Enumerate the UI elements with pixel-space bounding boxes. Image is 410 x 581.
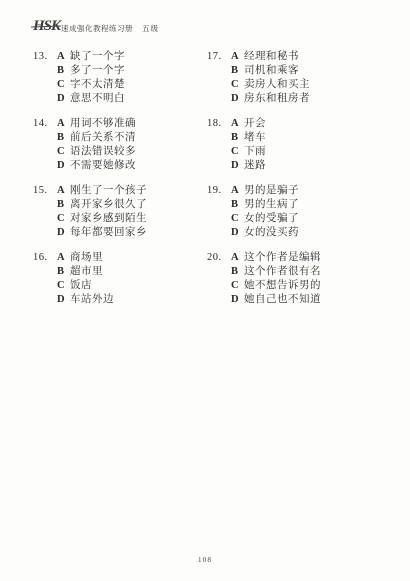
option-row: C字不太清楚 xyxy=(33,78,207,92)
page-header: HSK 速成强化教程练习册 五级 xyxy=(33,19,159,34)
question-number xyxy=(207,145,231,159)
option-label: A xyxy=(57,251,70,265)
option-label: D xyxy=(57,159,70,173)
option-text: 每年都要回家乡 xyxy=(70,226,147,240)
option-text: 对家乡感到陌生 xyxy=(70,212,147,226)
option-text: 语法错误较多 xyxy=(70,145,136,159)
option-text: 这个作者很有名 xyxy=(244,265,321,279)
option-text: 迷路 xyxy=(244,159,266,173)
option-row: B男的生病了 xyxy=(207,198,390,212)
option-label: D xyxy=(57,92,70,106)
workbook-page: HSK 速成强化教程练习册 五级 13.A缺了一个字B多了一个字C字不太清楚D意… xyxy=(0,0,410,581)
option-text: 房东和租房者 xyxy=(244,92,310,106)
option-row: B离开家乡很久了 xyxy=(33,198,207,212)
question-number xyxy=(207,159,231,173)
option-text: 车站外边 xyxy=(70,293,114,307)
question-number xyxy=(207,64,231,78)
option-row: D车站外边 xyxy=(33,293,207,307)
option-label: B xyxy=(57,131,70,145)
question-number: 17. xyxy=(207,50,231,64)
option-row: 14.A用词不够准确 xyxy=(33,117,207,131)
question-number xyxy=(33,145,57,159)
option-label: D xyxy=(57,293,70,307)
option-label: D xyxy=(231,159,244,173)
option-label: B xyxy=(57,64,70,78)
option-text: 女的受骗了 xyxy=(244,212,299,226)
option-label: B xyxy=(231,64,244,78)
option-text: 卖房人和买主 xyxy=(244,78,310,92)
question-number xyxy=(207,293,231,307)
option-label: C xyxy=(231,212,244,226)
option-text: 刚生了一个孩子 xyxy=(70,184,147,198)
question-number xyxy=(33,226,57,240)
question-number xyxy=(207,131,231,145)
question-number xyxy=(33,279,57,293)
option-row: C对家乡感到陌生 xyxy=(33,212,207,226)
option-label: B xyxy=(231,265,244,279)
option-row: 17.A经理和秘书 xyxy=(207,50,390,64)
question-number xyxy=(33,293,57,307)
question-number xyxy=(33,78,57,92)
option-text: 女的没买药 xyxy=(244,226,299,240)
option-text: 前后关系不清 xyxy=(70,131,136,145)
option-text: 堵车 xyxy=(244,131,266,145)
option-text: 不需要她修改 xyxy=(70,159,136,173)
option-row: D女的没买药 xyxy=(207,226,390,240)
option-row: C女的受骗了 xyxy=(207,212,390,226)
option-row: B多了一个字 xyxy=(33,64,207,78)
option-label: B xyxy=(231,198,244,212)
question-number xyxy=(207,92,231,106)
question-number xyxy=(33,265,57,279)
option-label: A xyxy=(231,184,244,198)
question-block: 17.A经理和秘书B司机和乘客C卖房人和买主D房东和租房者 xyxy=(207,50,390,106)
option-text: 意思不明白 xyxy=(70,92,125,106)
hsk-logo: HSK xyxy=(33,19,61,34)
option-row: D不需要她修改 xyxy=(33,159,207,173)
question-number xyxy=(207,212,231,226)
question-number: 18. xyxy=(207,117,231,131)
question-number: 19. xyxy=(207,184,231,198)
option-text: 多了一个字 xyxy=(70,64,125,78)
question-number xyxy=(207,265,231,279)
option-label: D xyxy=(231,92,244,106)
question-number xyxy=(207,279,231,293)
option-row: B前后关系不清 xyxy=(33,131,207,145)
option-text: 这个作者是编辑 xyxy=(244,251,321,265)
question-number xyxy=(33,159,57,173)
questions-area: 13.A缺了一个字B多了一个字C字不太清楚D意思不明白14.A用词不够准确B前后… xyxy=(33,50,400,318)
option-label: D xyxy=(231,226,244,240)
question-number xyxy=(33,212,57,226)
question-block: 16.A商场里B超市里C饭店D车站外边 xyxy=(33,251,207,307)
option-row: B这个作者很有名 xyxy=(207,265,390,279)
question-number xyxy=(207,78,231,92)
option-text: 她不想告诉男的 xyxy=(244,279,321,293)
question-block: 18.A开会B堵车C下雨D迷路 xyxy=(207,117,390,173)
questions-column-left: 13.A缺了一个字B多了一个字C字不太清楚D意思不明白14.A用词不够准确B前后… xyxy=(33,50,207,318)
option-row: C她不想告诉男的 xyxy=(207,279,390,293)
option-text: 饭店 xyxy=(70,279,92,293)
page-footer: 108 xyxy=(0,555,410,564)
question-block: 19.A男的是骗子B男的生病了C女的受骗了D女的没买药 xyxy=(207,184,390,240)
questions-column-right: 17.A经理和秘书B司机和乘客C卖房人和买主D房东和租房者18.A开会B堵车C下… xyxy=(207,50,390,318)
option-row: D她自己也不知道 xyxy=(207,293,390,307)
option-text: 开会 xyxy=(244,117,266,131)
option-row: D每年都要回家乡 xyxy=(33,226,207,240)
option-row: D房东和租房者 xyxy=(207,92,390,106)
option-label: A xyxy=(57,117,70,131)
option-label: C xyxy=(231,78,244,92)
question-block: 14.A用词不够准确B前后关系不清C语法错误较多D不需要她修改 xyxy=(33,117,207,173)
option-text: 超市里 xyxy=(70,265,103,279)
option-label: A xyxy=(57,184,70,198)
option-label: C xyxy=(57,279,70,293)
option-row: 19.A男的是骗子 xyxy=(207,184,390,198)
option-row: B堵车 xyxy=(207,131,390,145)
option-label: A xyxy=(231,50,244,64)
question-block: 15.A刚生了一个孩子B离开家乡很久了C对家乡感到陌生D每年都要回家乡 xyxy=(33,184,207,240)
option-text: 司机和乘客 xyxy=(244,64,299,78)
question-number xyxy=(207,198,231,212)
option-label: D xyxy=(57,226,70,240)
series-title: 速成强化教程练习册 xyxy=(61,24,133,34)
option-label: B xyxy=(231,131,244,145)
option-label: A xyxy=(231,117,244,131)
option-text: 经理和秘书 xyxy=(244,50,299,64)
option-text: 下雨 xyxy=(244,145,266,159)
option-label: A xyxy=(57,50,70,64)
option-text: 缺了一个字 xyxy=(70,50,125,64)
option-label: B xyxy=(57,198,70,212)
option-row: 15.A刚生了一个孩子 xyxy=(33,184,207,198)
option-row: 18.A开会 xyxy=(207,117,390,131)
option-label: C xyxy=(57,78,70,92)
option-row: C饭店 xyxy=(33,279,207,293)
option-row: D意思不明白 xyxy=(33,92,207,106)
question-number xyxy=(33,131,57,145)
question-number: 14. xyxy=(33,117,57,131)
question-block: 20.A这个作者是编辑B这个作者很有名C她不想告诉男的D她自己也不知道 xyxy=(207,251,390,307)
question-number xyxy=(33,92,57,106)
option-label: C xyxy=(57,145,70,159)
option-text: 商场里 xyxy=(70,251,103,265)
option-row: B超市里 xyxy=(33,265,207,279)
option-row: D迷路 xyxy=(207,159,390,173)
option-row: C卖房人和买主 xyxy=(207,78,390,92)
option-row: 13.A缺了一个字 xyxy=(33,50,207,64)
question-block: 13.A缺了一个字B多了一个字C字不太清楚D意思不明白 xyxy=(33,50,207,106)
level-label: 五级 xyxy=(142,24,159,34)
option-label: C xyxy=(231,145,244,159)
question-number xyxy=(207,226,231,240)
question-number: 13. xyxy=(33,50,57,64)
option-text: 她自己也不知道 xyxy=(244,293,321,307)
option-text: 字不太清楚 xyxy=(70,78,125,92)
question-number: 16. xyxy=(33,251,57,265)
question-number xyxy=(33,64,57,78)
option-text: 用词不够准确 xyxy=(70,117,136,131)
option-row: C语法错误较多 xyxy=(33,145,207,159)
option-text: 男的是骗子 xyxy=(244,184,299,198)
page-number: 108 xyxy=(198,555,212,564)
option-label: B xyxy=(57,265,70,279)
option-label: C xyxy=(231,279,244,293)
option-label: C xyxy=(57,212,70,226)
option-row: C下雨 xyxy=(207,145,390,159)
option-text: 离开家乡很久了 xyxy=(70,198,147,212)
option-row: 20.A这个作者是编辑 xyxy=(207,251,390,265)
question-number xyxy=(33,198,57,212)
option-row: B司机和乘客 xyxy=(207,64,390,78)
option-label: A xyxy=(231,251,244,265)
option-text: 男的生病了 xyxy=(244,198,299,212)
question-number: 20. xyxy=(207,251,231,265)
option-row: 16.A商场里 xyxy=(33,251,207,265)
option-label: D xyxy=(231,293,244,307)
question-number: 15. xyxy=(33,184,57,198)
